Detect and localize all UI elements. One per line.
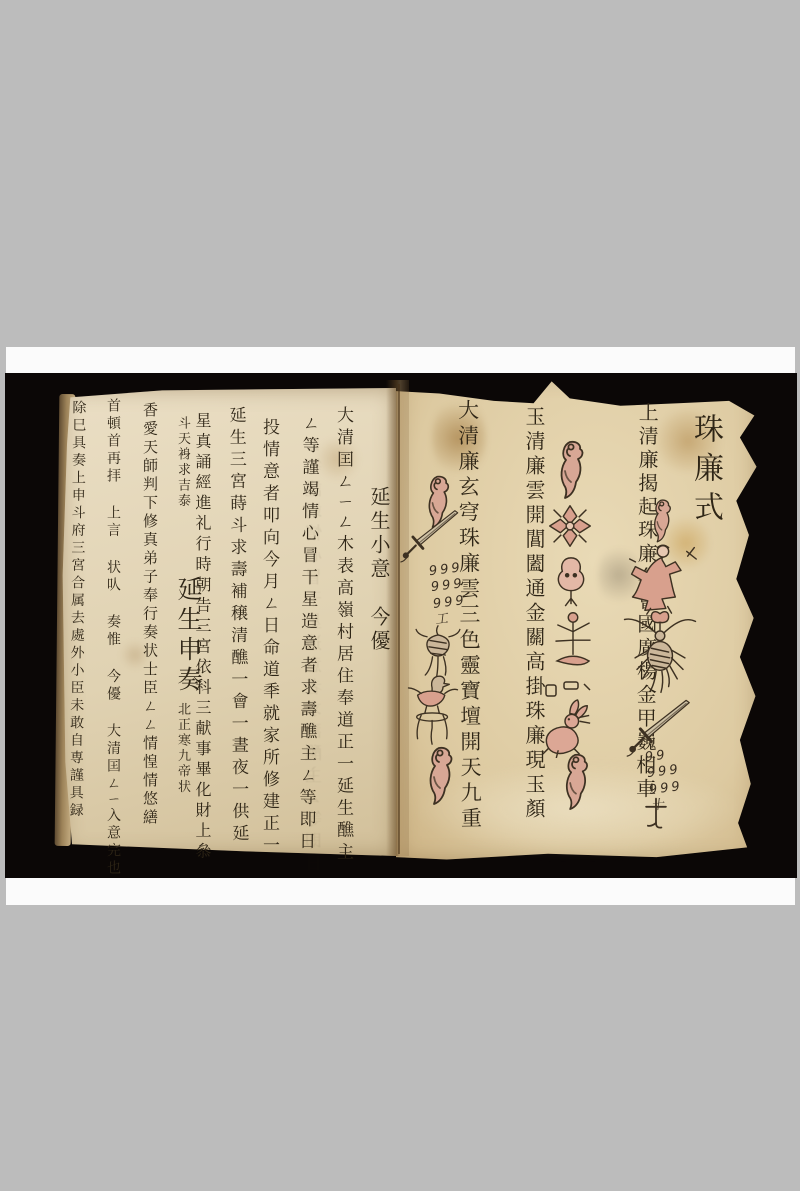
cross-mark-icon — [642, 796, 670, 836]
conch-shell-icon — [556, 752, 594, 816]
bud-face-icon — [556, 554, 586, 612]
left-page-section-header: 延生申奏 — [176, 576, 201, 696]
left-page-column: 除巳具奏上申斗府三宮合属去處外小臣未敢自専謹具録 — [69, 400, 86, 820]
gutter-crease — [398, 384, 400, 854]
left-page-column: 延生三宮蒔斗求壽補穣清醮一會一晝夜一供延 — [226, 406, 246, 846]
top-white-strip — [6, 347, 795, 373]
conch-shell-icon — [552, 438, 588, 506]
left-page-column: 香愛天師判下修真弟子奉行奏状士臣ㄥㄥ情惶情悠繕 — [142, 402, 157, 828]
left-page-column: ㄥ等謹竭情心冒干星造意者求壽醮主ㄥ等即日 — [296, 414, 317, 854]
left-page-column: 大清囯ㄥㄧㄥ木表高嶺村居住奉道正一延生醮主 — [334, 406, 351, 865]
left-page-column: 斗天裑求吉泰 — [176, 416, 189, 509]
right-page-title: 珠廉式 — [690, 413, 720, 530]
flower-knot-icon — [542, 498, 598, 558]
left-page-column: 北正寒九帝状 — [176, 702, 189, 795]
phoenix-bird-icon — [404, 668, 462, 750]
left-page-column: 投情意者叩向今月ㄥ日命道秊就家所修建正一 — [260, 418, 277, 858]
manuscript-photo: 珠廉式 上清廉揭起珠廉名會國廣楊金甲巍相車 玉清廉雲開閶闔通金關高掛珠廉現玉顏 … — [0, 0, 800, 1191]
bottom-white-strip — [6, 878, 795, 905]
goblet-icon — [544, 608, 602, 682]
conch-shell-icon — [420, 745, 458, 811]
left-page-column: 首頓首再拝 上言 状㕥 奏惟 今優 大清囯ㄥㄧ入意完也 — [106, 398, 120, 878]
insect-figure-icon — [622, 608, 698, 704]
left-page-heading: 延生小意 今優 — [369, 486, 389, 654]
